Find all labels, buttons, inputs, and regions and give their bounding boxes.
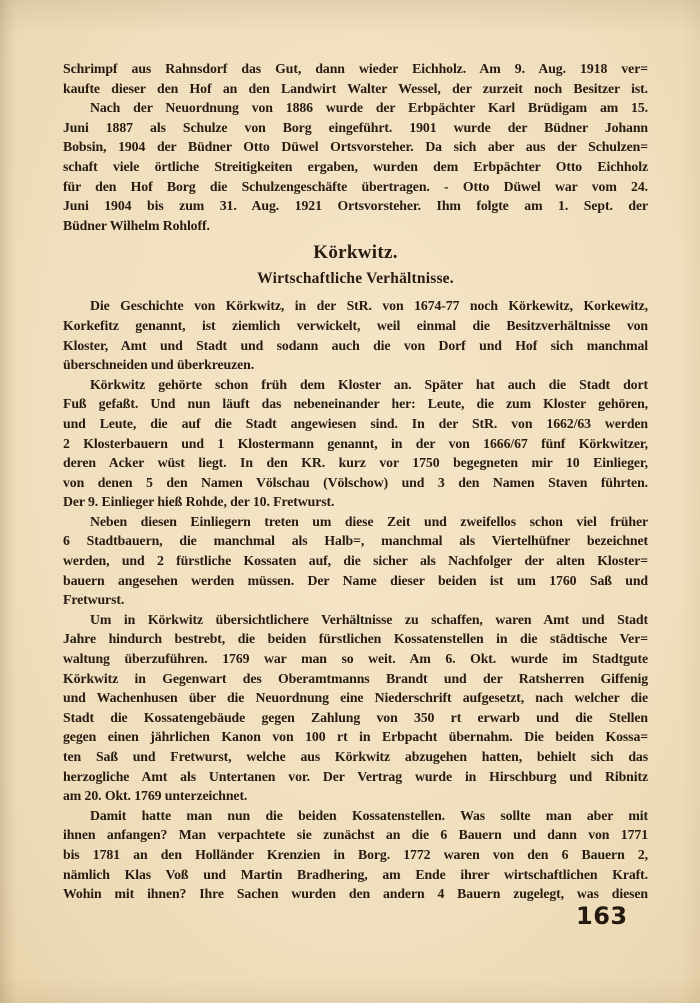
- text-line: Korkefitz genannt, ist ziemlich verwicke…: [63, 316, 648, 336]
- text-line: 2 Klosterbauern und 1 Klostermann genann…: [63, 434, 648, 454]
- paragraph: Um in Körkwitz übersichtlichere Verhältn…: [63, 610, 648, 806]
- text-line: Stadt die Kossatengebäude gegen Zahlung …: [63, 708, 648, 728]
- paragraph: Körkwitz gehörte schon früh dem Kloster …: [63, 375, 648, 512]
- text-line: bauern angesehen werden müssen. Der Name…: [63, 571, 648, 591]
- text-line: Juni 1904 bis zum 31. Aug. 1921 Ortsvors…: [63, 196, 648, 216]
- paragraph: Schrimpf aus Rahnsdorf das Gut, dann wie…: [63, 59, 648, 98]
- text-line: Juni 1887 als Schulze von Borg eingeführ…: [63, 118, 648, 138]
- text-line: werden, und 2 fürstliche Kossaten auf, d…: [63, 551, 648, 571]
- text-line: Fretwurst.: [63, 590, 648, 610]
- text-line: waltung überzuführen. 1769 war man so we…: [63, 649, 648, 669]
- text-line: für den Hof Borg die Schulzengeschäfte ü…: [63, 177, 648, 197]
- text-line: Büdner Wilhelm Rohloff.: [63, 216, 648, 236]
- section-heading: Körkwitz.: [63, 242, 648, 264]
- intro-paragraphs: Schrimpf aus Rahnsdorf das Gut, dann wie…: [63, 59, 648, 235]
- text-line: Schrimpf aus Rahnsdorf das Gut, dann wie…: [63, 59, 648, 79]
- text-line: Die Geschichte von Körkwitz, in der StR.…: [63, 296, 648, 316]
- text-line: 6 Stadtbauern, die manchmal als Halb=, m…: [63, 531, 648, 551]
- text-line: nämlich Klas Voß und Martin Bradhering, …: [63, 865, 648, 885]
- section-paragraphs: Die Geschichte von Körkwitz, in der StR.…: [63, 296, 648, 903]
- paragraph: Nach der Neuordnung von 1886 wurde der E…: [63, 98, 648, 235]
- text-line: Bobsin, 1904 der Büdner Otto Düwel Ortsv…: [63, 137, 648, 157]
- paragraph: Neben diesen Einliegern treten um diese …: [63, 512, 648, 610]
- text-line: bis 1781 an den Holländer Krenzien in Bo…: [63, 845, 648, 865]
- text-line: herzogliche Amt als Untertanen vor. Der …: [63, 767, 648, 787]
- text-line: Nach der Neuordnung von 1886 wurde der E…: [63, 98, 648, 118]
- page-number: 163: [576, 902, 628, 930]
- text-line: ihnen anfangen? Man verpachtete sie zunä…: [63, 825, 648, 845]
- text-line: und Wachenhusen über die Neuordnung eine…: [63, 688, 648, 708]
- text-line: deren Acker wüst liegt. In den KR. kurz …: [63, 453, 648, 473]
- text-line: Um in Körkwitz übersichtlichere Verhältn…: [63, 610, 648, 630]
- text-line: schaft viele örtliche Streitigkeiten erg…: [63, 157, 648, 177]
- text-line: gegen einen jährlichen Kanon von 100 rt …: [63, 727, 648, 747]
- text-line: am 20. Okt. 1769 unterzeichnet.: [63, 786, 648, 806]
- text-block: Schrimpf aus Rahnsdorf das Gut, dann wie…: [63, 59, 648, 904]
- paragraph: Die Geschichte von Körkwitz, in der StR.…: [63, 296, 648, 374]
- text-line: kaufte dieser den Hof an den Landwirt Wa…: [63, 79, 648, 99]
- text-line: ten Saß und Fretwurst, welche aus Körkwi…: [63, 747, 648, 767]
- text-line: Jahre hindurch bestrebt, die beiden fürs…: [63, 629, 648, 649]
- text-line: Damit hatte man nun die beiden Kossatens…: [63, 806, 648, 826]
- book-page: Schrimpf aus Rahnsdorf das Gut, dann wie…: [0, 0, 700, 1003]
- text-line: überschneiden und überkreuzen.: [63, 355, 648, 375]
- text-line: Wohin mit ihnen? Ihre Sachen wurden den …: [63, 884, 648, 904]
- text-line: und Leute, die auf die Stadt angewiesen …: [63, 414, 648, 434]
- text-line: Kloster, Amt und Stadt und sodann auch d…: [63, 336, 648, 356]
- text-line: Fuß gefaßt. Und nun läuft das nebeneinan…: [63, 394, 648, 414]
- section-subheading: Wirtschaftliche Verhältnisse.: [63, 270, 648, 287]
- text-line: Körkwitz gehörte schon früh dem Kloster …: [63, 375, 648, 395]
- paragraph: Damit hatte man nun die beiden Kossatens…: [63, 806, 648, 904]
- text-line: Körkwitz in Gegenwart des Oberamtmanns B…: [63, 669, 648, 689]
- text-line: von denen 5 den Namen Völschau (Völschow…: [63, 473, 648, 493]
- text-line: Neben diesen Einliegern treten um diese …: [63, 512, 648, 532]
- text-line: Der 9. Einlieger hieß Rohde, der 10. Fre…: [63, 492, 648, 512]
